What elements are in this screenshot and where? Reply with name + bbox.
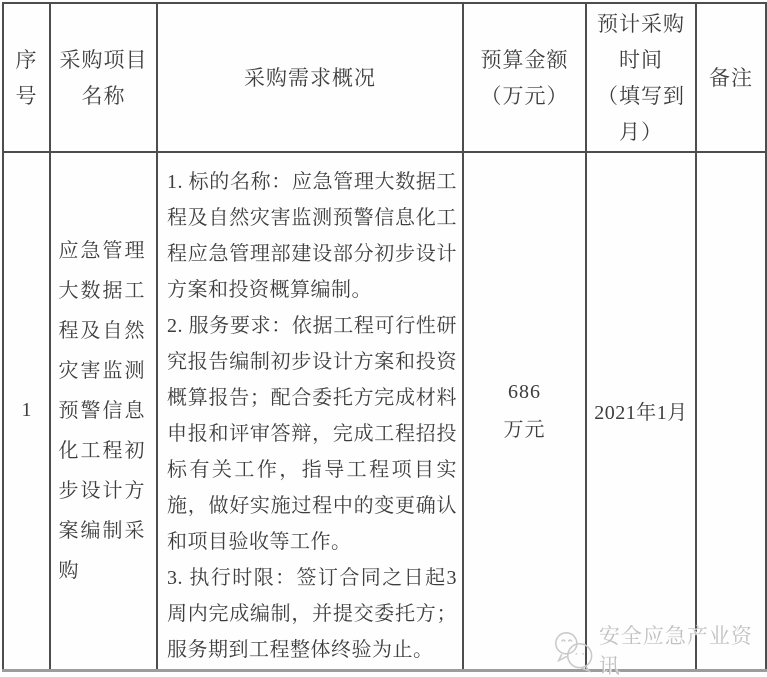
header-line: 采购需求概况 [158, 60, 462, 96]
budget-value: 686 [464, 373, 585, 411]
header-serial: 序 号 [3, 3, 50, 152]
cell-project-name: 应急管理大数据工程及自然灾害监测预警信息化工程初步设计方案编制采购 [50, 152, 157, 670]
header-line: 序 [4, 42, 49, 78]
header-line: （填写到 [587, 78, 695, 114]
header-line: （万元） [464, 78, 585, 114]
header-line: 预计采购 [587, 6, 695, 42]
cell-expected-time: 2021年1月 [586, 152, 696, 670]
procurement-document-page: 序 号 采购项目 名称 采购需求概况 预算金额 （万元） 预计采购 时间 （ [0, 0, 767, 677]
cell-serial-number: 1 [3, 152, 50, 670]
project-name-text: 应急管理大数据工程及自然灾害监测预警信息化工程初步设计方案编制采购 [59, 231, 149, 591]
header-time: 预计采购 时间 （填写到 月） [586, 3, 696, 152]
header-line: 备注 [697, 60, 765, 96]
header-line: 预算金额 [464, 42, 585, 78]
overview-paragraph-3: 3. 执行时限：签订合同之日起3周内完成编制，并提交委托方；服务期到工程整体终验… [167, 560, 457, 668]
cell-remark [696, 152, 766, 670]
header-project-name: 采购项目 名称 [50, 3, 157, 152]
header-overview: 采购需求概况 [157, 3, 463, 152]
cell-demand-overview: 1. 标的名称：应急管理大数据工程及自然灾害监测预警信息化工程应急管理部建设部分… [157, 152, 463, 670]
header-line: 时间 [587, 42, 695, 78]
table-row: 1 应急管理大数据工程及自然灾害监测预警信息化工程初步设计方案编制采购 1. 标… [3, 152, 766, 670]
cell-budget-amount: 686 万元 [463, 152, 586, 670]
procurement-table: 序 号 采购项目 名称 采购需求概况 预算金额 （万元） 预计采购 时间 （ [2, 2, 767, 672]
header-remark: 备注 [696, 3, 766, 152]
header-row: 序 号 采购项目 名称 采购需求概况 预算金额 （万元） 预计采购 时间 （ [3, 3, 766, 152]
header-line: 号 [4, 78, 49, 114]
header-budget: 预算金额 （万元） [463, 3, 586, 152]
header-line: 采购项目 [51, 42, 156, 78]
overview-paragraph-2: 2. 服务要求：依据工程可行性研究报告编制初步设计方案和投资概算报告；配合委托方… [167, 308, 457, 560]
header-line: 名称 [51, 78, 156, 114]
overview-paragraph-1: 1. 标的名称：应急管理大数据工程及自然灾害监测预警信息化工程应急管理部建设部分… [167, 164, 457, 308]
header-line: 月） [587, 114, 695, 150]
budget-unit: 万元 [464, 411, 585, 449]
